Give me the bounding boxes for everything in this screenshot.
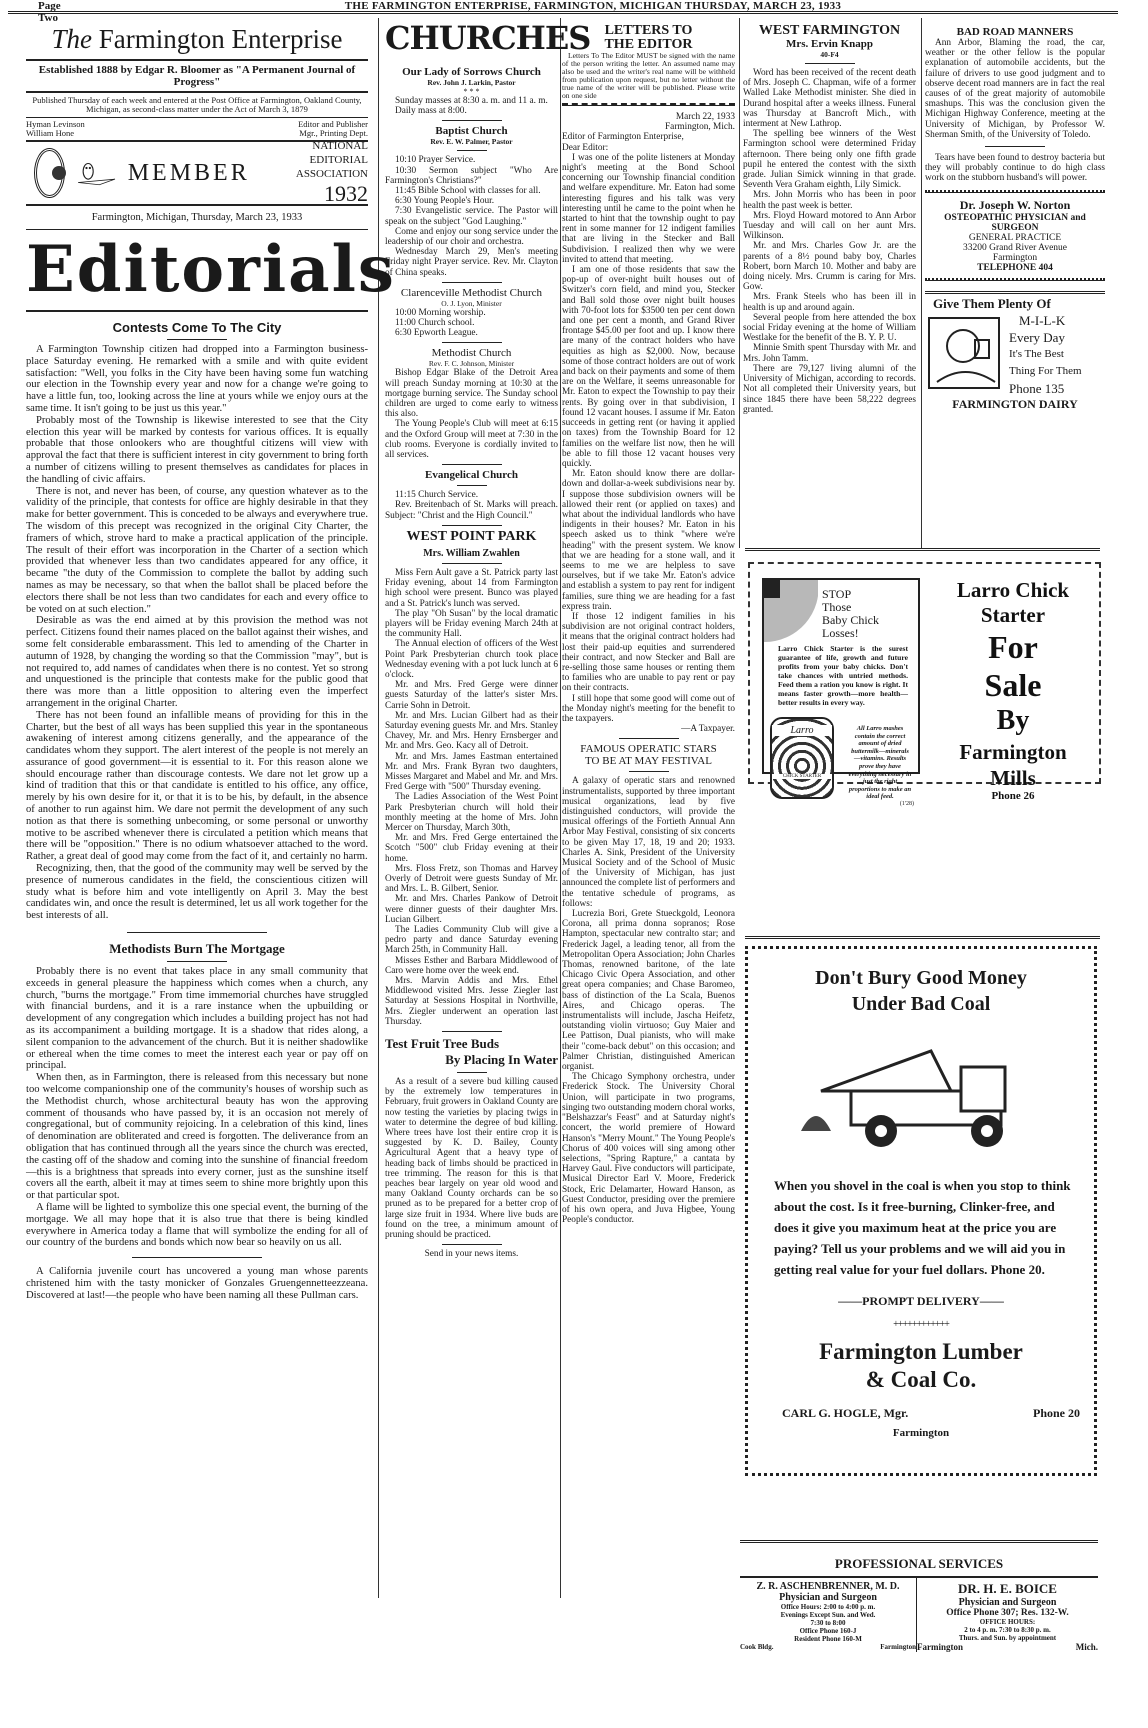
dairy-phone: Phone 135 [1009,380,1105,397]
coal-body: When you shovel in the coal is when you … [748,1161,1094,1280]
letter-date: March 22, 1933 [562,112,735,122]
church-paragraph: Bishop Edgar Blake of the Detroit Area w… [385,368,558,419]
divider [442,563,502,564]
title-prefix: The [52,24,93,54]
news-paragraph: The Ladies Association of the West Point… [385,792,558,833]
news-paragraph: Mr. and Mrs. Lucian Gilbert had as their… [385,711,558,752]
nameplate-title: The Farmington Enterprise [26,18,368,61]
news-paragraph: Mrs. Floss Fretz, son Thomas and Harvey … [385,864,558,895]
phone: 40-F4 [743,50,916,59]
divider [619,738,679,739]
byline: Mrs. Ervin Knapp [743,38,916,50]
church-paragraph: 7:30 Evangelistic service. The Pastor wi… [385,206,558,226]
church-paragraph: Come and enjoy our song service under th… [385,227,558,247]
letter-signature: —A Taxpayer. [562,724,735,734]
byline: Mrs. William Zwahlen [385,548,558,559]
coal-headline-2: Under Bad Coal [748,991,1094,1017]
larro-code: (1'28) [764,801,918,807]
child-drinking-milk-icon [925,312,1005,392]
letters-notice: Letters To The Editor MUST be signed wit… [562,52,735,100]
member-banner: MEMBER NATIONAL EDITORIAL ASSOCIATION 19… [26,142,368,206]
dairy-company: FARMINGTON DAIRY [925,397,1105,412]
doctor-name: Z. R. ASCHENBRENNER, M. D. [740,1581,916,1592]
church-pastor: O. J. Lyon, Minister [385,299,558,308]
church-paragraph: Daily mass at 8:00. [385,106,558,116]
letter-salutation: Dear Editor: [562,143,735,153]
member-year: 1932 [262,181,368,207]
article-paragraph: Probably most of the Township is likewis… [26,415,368,486]
doctor-location: Farmington Mich. [917,1642,1098,1652]
letter-salutation: Editor of Farmington Enterprise, [562,132,735,142]
publication-notice: Published Thursday of each week and ente… [26,93,368,118]
doctor-phone: Office Phone 160-J [740,1627,916,1635]
opera-paragraph: Lucrezia Bori, Grete Stueckgold, Leonora… [562,909,735,1072]
divider [629,771,669,772]
running-masthead: Page Two THE FARMINGTON ENTERPRISE, FARM… [8,0,1118,14]
doctor-hours-label: OFFICE HOURS: [917,1618,1098,1626]
column-rule [921,18,922,548]
letters-headline-2: THE EDITOR [562,38,735,52]
divider [740,1540,1098,1543]
church-paragraph: 10:30 Sermon subject "Who Are Farmington… [385,166,558,186]
news-paragraph: Mr. and Mrs. James Eastman entertained M… [385,752,558,793]
larro-big-line: For [928,628,1098,666]
stop-line: Losses! [822,627,879,640]
column-rule [560,18,561,1598]
divider [442,282,502,283]
doctor-city: Farmington [917,1642,963,1652]
church-paragraph: 11:00 Church school. [385,318,558,328]
professional-cards: Z. R. ASCHENBRENNER, M. D. Physician and… [740,1576,1098,1652]
letter-paragraph: Mr. Eaton should know there are dollar-d… [562,469,735,612]
divider [925,278,1105,281]
letters-column: LETTERS TO THE EDITOR Letters To The Edi… [562,18,735,1225]
doctor-location: Cook Bldg. Farmington [740,1643,916,1651]
staff-name: William Hone [26,129,85,138]
title-text: Farmington Enterprise [99,24,343,54]
news-paragraph: The play "Oh Susan" by the local dramati… [385,609,558,640]
doctor-name: DR. H. E. BOICE [917,1581,1098,1597]
letter-paragraph: I still hope that some good will come ou… [562,694,735,725]
news-paragraph: Minnie Smith spent Thursday with Mr. and… [743,343,916,363]
news-items-notice: Send in your news items. [385,1249,558,1259]
newspaper-page: Page Two THE FARMINGTON ENTERPRISE, FARM… [0,0,1148,1728]
coal-contact-row: CARL G. HOGLE, Mgr. Phone 20 [748,1394,1094,1421]
opera-headline-2: TO BE AT MAY FESTIVAL [562,755,735,767]
coal-phone: Phone 20 [1033,1406,1080,1421]
church-paragraph: 10:10 Prayer Service. [385,155,558,165]
church-pastor: Rev. E. W. Palmer, Pastor [385,137,558,146]
news-paragraph: There are 79,127 living alumni of the Un… [743,364,916,415]
doctor-city: Farmington [925,253,1105,263]
church-paragraph: 6:30 Epworth League. [385,328,558,338]
divider [167,961,227,962]
article-paragraph: A flame will be lighted to symbolize thi… [26,1202,368,1249]
divider [457,1072,487,1073]
divider [745,548,1100,551]
article-paragraph: A Farmington Township citizen had droppe… [26,344,368,415]
doctor-phone: Office Phone 307; Res. 132-W. [917,1608,1098,1618]
church-paragraph: 11:15 Church Service. [385,490,558,500]
article-paragraph: Recognizing, then, that the good of the … [26,863,368,922]
norton-ad: Dr. Joseph W. Norton OSTEOPATHIC PHYSICI… [925,196,1105,275]
bag-brand: Larro [772,725,832,736]
larro-big-line: Farmington [928,738,1098,766]
news-paragraph: As a result of a severe bud killing caus… [385,1077,558,1240]
letters-headline-1: LETTERS TO [562,24,735,38]
column-rule [739,18,740,548]
divider [167,339,227,340]
divider [745,936,1100,939]
article-paragraph: When then, as in Farmington, there is re… [26,1072,368,1202]
news-paragraph: The spelling bee winners of the West Far… [743,129,916,190]
doctor-hours: 7:30 to 8:00 [740,1619,916,1627]
dairy-line: It's The Best [1009,346,1105,363]
news-paragraph: Miss Fern Ault gave a St. Patrick party … [385,568,558,609]
dump-truck-icon [791,1031,1051,1161]
church-paragraph: Sunday masses at 8:30 a. m. and 11 a. m. [385,96,558,106]
doctor-hours: Thurs. and Sun. by appointment [917,1634,1098,1642]
churches-logo: CHURCHES [385,18,558,62]
doctor-hours: Office Hours: 2:00 to 4:00 p. m. [740,1603,916,1611]
church-paragraph: Rev. Breitenbach of St. Marks will preac… [385,500,558,520]
dairy-text: M-I-L-K Every Day It's The Best Thing Fo… [1005,312,1105,397]
divider [805,63,855,64]
divider: ++++++++++++ [748,1319,1094,1330]
editorial-column: The Farmington Enterprise Established 18… [26,18,368,1302]
established-line: Established 1888 by Edgar R. Bloomer as … [26,61,368,93]
dairy-product: M-I-L-K [1009,312,1105,329]
press-association-seal-icon [34,148,65,198]
church-name: Clarenceville Methodist Church [385,287,558,299]
coal-headline-1: Don't Bury Good Money [748,965,1094,991]
staff-roles: Editor and Publisher Mgr., Printing Dept… [298,120,368,138]
doctor-state: Mich. [1076,1642,1098,1652]
prompt-delivery: ——PROMPT DELIVERY—— [748,1294,1094,1309]
larro-inset: STOP Those Baby Chick Losses! Larro Chic… [762,578,920,774]
divider [457,150,487,151]
headline-line-2: By Placing In Water [385,1052,558,1068]
doctor-practice: GENERAL PRACTICE [925,233,1105,243]
church-paragraph: Wednesday March 29, Men's meeting Friday… [385,247,558,278]
divider [442,464,502,465]
news-paragraph: Mr. and Mrs. Fred Gerge entertained the … [385,833,558,864]
divider [127,932,267,933]
section-headline: WEST FARMINGTON [743,24,916,38]
larro-body: Larro Chick Starter is the surest guaran… [764,642,918,707]
doctor-name: Dr. Joseph W. Norton [925,198,1105,213]
news-paragraph: Mr. and Mrs. Charles Gow Jr. are the par… [743,241,916,292]
doctor-title: OSTEOPATHIC PHYSICIAN and SURGEON [925,213,1105,233]
larro-phone: Phone 26 [928,790,1098,802]
owl-icon [77,148,116,198]
larro-big-line: By [928,704,1098,738]
church-paragraph: 11:45 Bible School with classes for all. [385,186,558,196]
dairy-line: Thing For Them [1009,363,1105,380]
divider [442,342,502,343]
news-paragraph: Several people from here attended the bo… [743,313,916,344]
news-paragraph: Mr. and Mrs. Charles Pankow of Detroit w… [385,894,558,925]
divider [562,103,735,106]
church-pastor: Rev. John J. Larkin, Pastor [385,78,558,87]
larro-big-text: Larro Chick Starter For Sale By Farmingt… [928,578,1098,802]
church-paragraph: 10:00 Morning worship. [385,308,558,318]
doctor-hours: 2 to 4 p. m. 7:30 to 8:30 p. m. [917,1626,1098,1634]
church-name: Baptist Church [385,125,558,137]
church-name: Evangelical Church [385,469,558,481]
west-farmington-column: WEST FARMINGTON Mrs. Ervin Knapp 40-F4 W… [743,18,916,533]
doctor-phone: Resident Phone 160-M [740,1635,916,1643]
letter-paragraph: I was one of the polite listeners at Mon… [562,153,735,265]
divider [442,525,502,526]
opera-paragraph: A galaxy of operatic stars and renowned … [562,776,735,909]
association-block: NATIONAL EDITORIAL ASSOCIATION 1932 [262,139,368,207]
divider [985,146,1045,147]
dairy-body: M-I-L-K Every Day It's The Best Thing Fo… [925,312,1105,397]
news-paragraph: Tears have been found to destroy bacteri… [925,153,1105,184]
news-paragraph: Mrs. John Morris who has been in poor he… [743,190,916,210]
headline-line-1: Test Fruit Tree Buds [385,1036,558,1052]
aschenbrenner-card: Z. R. ASCHENBRENNER, M. D. Physician and… [740,1578,917,1652]
doctor-title: Physician and Surgeon [917,1597,1098,1608]
doctor-city: Farmington [880,1643,916,1651]
article-paragraph: Probably there is no event that takes pl… [26,966,368,1072]
divider [442,120,502,121]
coal-company-2: & Coal Co. [748,1366,1094,1394]
letter-paragraph: If those 12 indigent families in his sub… [562,612,735,694]
news-paragraph: Mrs. Floyd Howard motored to Ann Arbor T… [743,211,916,242]
doctor-hours: Evenings Except Sun. and Wed. [740,1611,916,1619]
church-paragraph: The Young People's Club will meet at 6:1… [385,419,558,460]
doctor-address: 33200 Grand River Avenue [925,243,1105,253]
member-text: MEMBER [128,160,250,187]
section-headline: WEST POINT PARK [385,530,558,544]
church-name: Methodist Church [385,347,558,359]
larro-big-line: Sale [928,666,1098,704]
divider [457,485,487,486]
letter-place: Farmington, Mich. [562,122,735,132]
staff-role: Mgr., Printing Dept. [298,129,368,138]
larro-note: All Larro mashes contain the correct amo… [834,717,918,801]
news-paragraph: The Ladies Community Club will give a pe… [385,925,558,956]
article-paragraph: A California juvenile court has uncovere… [26,1266,368,1301]
larro-big-line: Larro Chick [928,578,1098,602]
professional-title: PROFESSIONAL SERVICES [740,1556,1098,1572]
news-paragraph: Misses Esther and Barbara Middlewood of … [385,956,558,976]
article-paragraph: There has not been found an infallible m… [26,710,368,863]
coal-company-1: Farmington Lumber [748,1338,1094,1366]
opera-paragraph: The Chicago Symphony orchestra, under Fr… [562,1072,735,1225]
news-paragraph: The Annual election of officers of the W… [385,639,558,680]
news-paragraph: Mr. and Mrs. Fred Gerge were dinner gues… [385,680,558,711]
doctor-phone: TELEPHONE 404 [925,263,1105,273]
article-headline: Contests Come To The City [26,320,368,335]
news-paragraph: Mrs. Marvin Addis and Mrs. Ethel Middlew… [385,976,558,1027]
opera-headline-1: FAMOUS OPERATIC STARS [562,743,735,755]
boice-card: DR. H. E. BOICE Physician and Surgeon Of… [917,1578,1098,1652]
divider [925,190,1105,193]
coal-manager: CARL G. HOGLE, Mgr. [782,1406,908,1421]
church-paragraph: 6:30 Young People's Hour. [385,196,558,206]
divider [442,1244,502,1245]
news-paragraph: Ann Arbor, Blaming the road, the car, we… [925,38,1105,140]
divider [132,1257,262,1258]
editorials-logo: Editorials [26,230,368,312]
bag-label: CHICK STARTER [772,774,832,779]
article-headline: Methodists Burn The Mortgage [26,941,368,957]
right-column: BAD ROAD MANNERS Ann Arbor, Blaming the … [925,18,1105,533]
coal-ad: Don't Bury Good Money Under Bad Coal Whe… [745,946,1097,1476]
professional-services: PROFESSIONAL SERVICES Z. R. ASCHENBRENNE… [740,1556,1098,1652]
divider [442,1031,502,1032]
larro-bag-icon: Larro CHICK STARTER [770,717,834,799]
churches-column: CHURCHES Our Lady of Sorrows Church Rev.… [385,18,558,1259]
larro-big-line: Starter [928,602,1098,628]
dairy-ad: Give Them Plenty Of M-I-L-K Every Day It… [925,291,1105,412]
church-name: Our Lady of Sorrows Church [385,66,558,78]
chick-circle-icon [764,580,818,642]
dairy-headline: Give Them Plenty Of [925,296,1105,312]
article-paragraph: Desirable as was the end aimed at by thi… [26,615,368,709]
doctor-building: Cook Bldg. [740,1643,773,1651]
coal-city: Farmington [748,1427,1094,1439]
larro-ad: STOP Those Baby Chick Losses! Larro Chic… [748,562,1101,784]
doctor-title: Physician and Surgeon [740,1592,916,1603]
larro-stop-block: STOP Those Baby Chick Losses! [764,580,918,642]
larro-bag-row: Larro CHICK STARTER All Larro mashes con… [764,717,918,801]
larro-big-line: Mills [928,766,1098,790]
page-number: Page Two [8,0,68,11]
news-paragraph: Mrs. Frank Steels who has been ill in he… [743,292,916,312]
staff-names: Hyman Levinson William Hone [26,120,85,138]
association-name: NATIONAL EDITORIAL ASSOCIATION [262,139,368,181]
running-title: THE FARMINGTON ENTERPRISE, FARMINGTON, M… [68,0,1118,11]
larro-stop: STOP Those Baby Chick Losses! [818,580,879,642]
section-headline: BAD ROAD MANNERS [925,26,1105,38]
dateline: Farmington, Michigan, Thursday, March 23… [26,206,368,230]
article-paragraph: There is not, and never has been, of cou… [26,486,368,616]
letter-paragraph: I am one of those residents that saw the… [562,265,735,469]
news-paragraph: Word has been received of the recent dea… [743,68,916,129]
divider: * * * [385,87,558,96]
dairy-line: Every Day [1009,329,1105,346]
